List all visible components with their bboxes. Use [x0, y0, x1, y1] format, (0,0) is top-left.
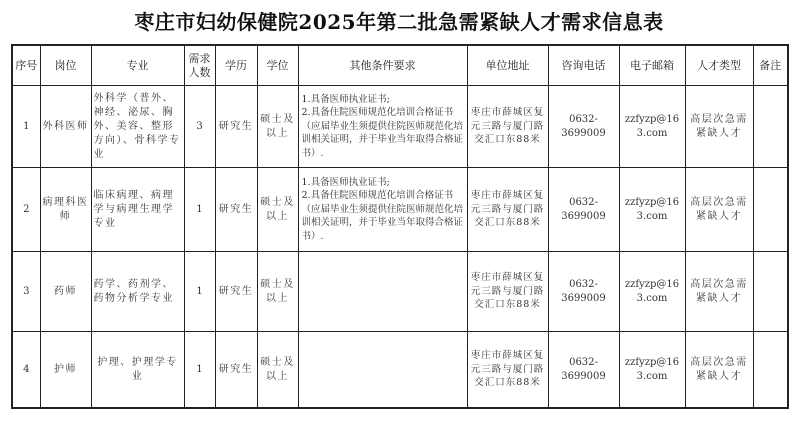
header-major: 专业	[91, 45, 184, 86]
cell-major: 外科学（普外、神经、泌尿、胸外、美容、整形方向）、骨科学专业	[91, 86, 184, 168]
cell-email: zzfyzp@163.com	[619, 332, 685, 409]
cell-email: zzfyzp@163.com	[619, 168, 685, 252]
cell-degree: 硕士及以上	[257, 86, 298, 168]
cell-address: 枣庄市薛城区复元三路与厦门路交汇口东88米	[467, 332, 548, 409]
cell-headcount: 1	[184, 168, 215, 252]
cell-address: 枣庄市薛城区复元三路与厦门路交汇口东88米	[467, 86, 548, 168]
cell-education: 研究生	[215, 86, 257, 168]
cell-email: zzfyzp@163.com	[619, 252, 685, 332]
cell-degree: 硕士及以上	[257, 332, 298, 409]
cell-remark	[753, 252, 788, 332]
cell-remark	[753, 86, 788, 168]
cell-email: zzfyzp@163.com	[619, 86, 685, 168]
cell-no: 3	[12, 252, 40, 332]
cell-headcount: 3	[184, 86, 215, 168]
cell-degree: 硕士及以上	[257, 252, 298, 332]
cell-education: 研究生	[215, 168, 257, 252]
cell-no: 2	[12, 168, 40, 252]
header-remark: 备注	[753, 45, 788, 86]
cell-talent-type: 高层次急需紧缺人才	[685, 86, 753, 168]
cell-talent-type: 高层次急需紧缺人才	[685, 332, 753, 409]
cell-major: 护理、护理学专业	[91, 332, 184, 409]
header-education: 学历	[215, 45, 257, 86]
cell-post: 护师	[40, 332, 91, 409]
header-email: 电子邮箱	[619, 45, 685, 86]
cell-phone: 0632-3699009	[548, 252, 619, 332]
cell-degree: 硕士及以上	[257, 168, 298, 252]
cell-talent-type: 高层次急需紧缺人才	[685, 168, 753, 252]
cell-phone: 0632-3699009	[548, 168, 619, 252]
cell-education: 研究生	[215, 332, 257, 409]
cell-remark	[753, 168, 788, 252]
table-row: 3 药师 药学、药剂学、药物分析学专业 1 研究生 硕士及以上 枣庄市薛城区复元…	[12, 252, 788, 332]
cell-major: 临床病理、病理学与病理生理学专业	[91, 168, 184, 252]
cell-education: 研究生	[215, 252, 257, 332]
cell-talent-type: 高层次急需紧缺人才	[685, 252, 753, 332]
header-conditions: 其他条件要求	[298, 45, 467, 86]
cell-no: 1	[12, 86, 40, 168]
cell-conditions: 1.具备医师执业证书; 2.具备住院医师规范化培训合格证书（应届毕业生须提供住院…	[298, 168, 467, 252]
cell-headcount: 1	[184, 332, 215, 409]
table-row: 4 护师 护理、护理学专业 1 研究生 硕士及以上 枣庄市薛城区复元三路与厦门路…	[12, 332, 788, 409]
cell-post: 病理科医师	[40, 168, 91, 252]
table-row: 2 病理科医师 临床病理、病理学与病理生理学专业 1 研究生 硕士及以上 1.具…	[12, 168, 788, 252]
cell-major: 药学、药剂学、药物分析学专业	[91, 252, 184, 332]
cell-conditions: 1.具备医师执业证书; 2.具备住院医师规范化培训合格证书（应届毕业生须提供住院…	[298, 86, 467, 168]
header-phone: 咨询电话	[548, 45, 619, 86]
cell-post: 药师	[40, 252, 91, 332]
table-row: 1 外科医师 外科学（普外、神经、泌尿、胸外、美容、整形方向）、骨科学专业 3 …	[12, 86, 788, 168]
cell-remark	[753, 332, 788, 409]
cell-address: 枣庄市薛城区复元三路与厦门路交汇口东88米	[467, 252, 548, 332]
cell-conditions	[298, 252, 467, 332]
header-headcount: 需求 人数	[184, 45, 215, 86]
header-row: 序号 岗位 专业 需求 人数 学历 学位 其他条件要求 单位地址 咨询电话 电子…	[12, 45, 788, 86]
cell-no: 4	[12, 332, 40, 409]
header-no: 序号	[12, 45, 40, 86]
document-title: 枣庄市妇幼保健院2025年第二批急需紧缺人才需求信息表	[0, 6, 798, 35]
header-address: 单位地址	[467, 45, 548, 86]
cell-headcount: 1	[184, 252, 215, 332]
cell-phone: 0632-3699009	[548, 332, 619, 409]
header-post: 岗位	[40, 45, 91, 86]
talent-demand-table: 序号 岗位 专业 需求 人数 学历 学位 其他条件要求 单位地址 咨询电话 电子…	[11, 44, 789, 409]
cell-phone: 0632-3699009	[548, 86, 619, 168]
header-degree: 学位	[257, 45, 298, 86]
cell-post: 外科医师	[40, 86, 91, 168]
header-talent-type: 人才类型	[685, 45, 753, 86]
cell-conditions	[298, 332, 467, 409]
cell-address: 枣庄市薛城区复元三路与厦门路交汇口东88米	[467, 168, 548, 252]
